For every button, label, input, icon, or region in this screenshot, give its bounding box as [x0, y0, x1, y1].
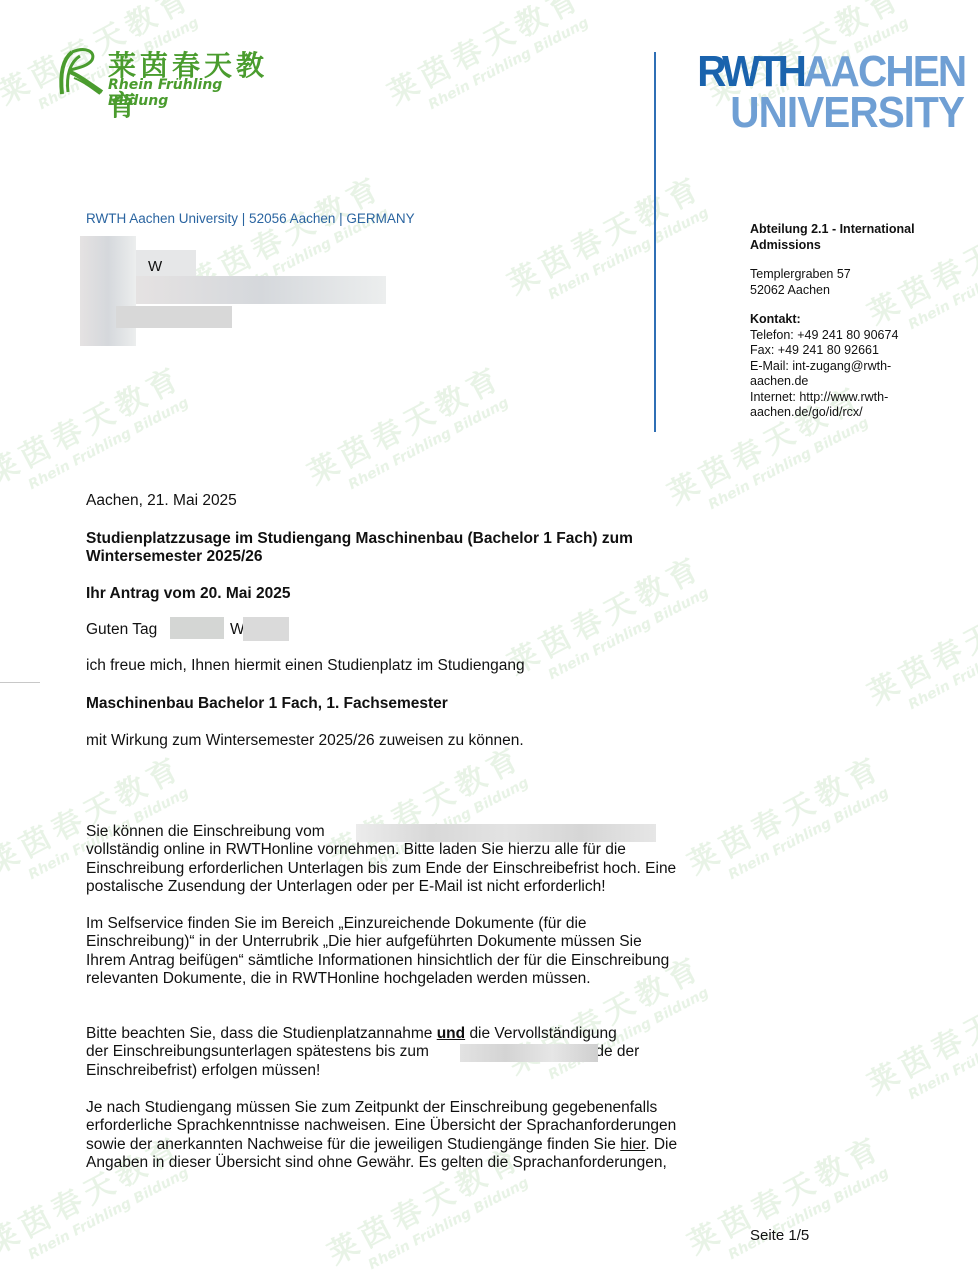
- watermark: 莱茵春天教育Rhein Frühling Bildung: [299, 353, 518, 507]
- paragraph-deadline: Bitte beachten Sie, dass die Studienplat…: [86, 1025, 736, 1080]
- email-cont: aachen.de: [750, 374, 808, 388]
- greeting-text: Guten Tag: [86, 621, 157, 638]
- text-line: Ihrem Antrag beifügen“ sämtliche Informa…: [86, 952, 669, 969]
- redaction-block: [460, 1044, 598, 1062]
- agency-logo: 莱茵春天教育 Rhein Frühling Bildung: [56, 44, 286, 100]
- redaction-block: [80, 236, 136, 346]
- intro-text: ich freue mich, Ihnen hiermit einen Stud…: [86, 657, 736, 675]
- paragraph-selfservice: Im Selfservice finden Sie im Bereich „Ei…: [86, 915, 736, 988]
- website-cont: aachen.de/go/id/rcx/: [750, 405, 863, 419]
- fax: Fax: +49 241 80 92661: [750, 343, 879, 357]
- text-line: erforderliche Sprachkenntnisse nachweise…: [86, 1117, 676, 1134]
- language-requirements-link[interactable]: hier: [620, 1136, 645, 1153]
- text-line: . Die: [645, 1136, 677, 1153]
- text-line: sowie der anerkannten Nachweise für die …: [86, 1136, 616, 1153]
- text-line: Einschreibefrist) erfolgen müssen!: [86, 1062, 320, 1079]
- letter-reference: Ihr Antrag vom 20. Mai 2025: [86, 585, 736, 603]
- phone: Telefon: +49 241 80 90674: [750, 328, 898, 342]
- text-line: Einschreibung erforderlichen Unterlagen …: [86, 860, 676, 877]
- subject-line: Wintersemester 2025/26: [86, 548, 263, 565]
- text-line: die Vervollständigung: [469, 1025, 616, 1042]
- page-number: Seite 1/5: [750, 1227, 809, 1244]
- watermark: 莱茵春天教育Rhein Frühling Bildung: [0, 353, 197, 507]
- agency-logo-en: Rhein Frühling Bildung: [108, 77, 286, 109]
- agency-logo-mark-icon: [56, 46, 104, 96]
- paragraph-language: Je nach Studiengang müssen Sie zum Zeitp…: [86, 1099, 736, 1172]
- redaction-block: [170, 617, 224, 639]
- street: Templergraben 57: [750, 267, 851, 281]
- text-line: Sie können die Einschreibung vom: [86, 823, 325, 840]
- effect-text: mit Wirkung zum Wintersemester 2025/26 z…: [86, 732, 736, 750]
- recipient-initial: W: [148, 258, 162, 275]
- redaction-block: [243, 617, 289, 641]
- redaction-block: [136, 276, 386, 304]
- city: 52062 Aachen: [750, 283, 830, 297]
- rwth-logo: RWTHAACHEN UNIVERSITY: [674, 52, 964, 134]
- header-divider: [654, 52, 656, 432]
- letter-subject: Studienplatzzusage im Studiengang Maschi…: [86, 530, 736, 567]
- watermark: 莱茵春天教育Rhein Frühling Bildung: [499, 163, 718, 317]
- letter-date: Aachen, 21. Mai 2025: [86, 492, 736, 510]
- redaction-block: [116, 306, 232, 328]
- text-line: Angaben in dieser Übersicht sind ohne Ge…: [86, 1154, 667, 1171]
- rwth-logo-university: UNIVERSITY: [697, 92, 964, 134]
- sender-return-address: RWTH Aachen University | 52056 Aachen | …: [86, 211, 415, 226]
- emphasis-und: und: [437, 1025, 465, 1042]
- subject-line: Studienplatzzusage im Studiengang Maschi…: [86, 530, 633, 547]
- watermark: 莱茵春天教育Rhein Frühling Bildung: [379, 0, 598, 127]
- fold-mark: [0, 682, 40, 683]
- text-line: Bitte beachten Sie, dass die Studienplat…: [86, 1025, 432, 1042]
- redaction-block: [356, 824, 656, 842]
- watermark: 莱茵春天教育Rhein Frühling Bildung: [859, 573, 978, 727]
- website: Internet: http://www.rwth-: [750, 390, 888, 404]
- text-line: der Einschreibungsunterlagen spätestens …: [86, 1043, 429, 1060]
- program-name: Maschinenbau Bachelor 1 Fach, 1. Fachsem…: [86, 695, 736, 713]
- department-name: Abteilung 2.1 - International Admissions: [750, 222, 950, 253]
- text-line: relevanten Dokumente, die in RWTHonline …: [86, 970, 591, 987]
- text-line: Einschreibung)“ in der Unterrubrik „Die …: [86, 933, 642, 950]
- text-line: Im Selfservice finden Sie im Bereich „Ei…: [86, 915, 587, 932]
- contact-label: Kontakt:: [750, 312, 801, 326]
- text-line: Je nach Studiengang müssen Sie zum Zeitp…: [86, 1099, 657, 1116]
- watermark: 莱茵春天教育Rhein Frühling Bildung: [859, 963, 978, 1117]
- text-line: postalische Zusendung der Unterlagen ode…: [86, 878, 606, 895]
- email: E-Mail: int-zugang@rwth-: [750, 359, 891, 373]
- text-line: vollständig online in RWTHonline vornehm…: [86, 841, 626, 858]
- sender-info-panel: Abteilung 2.1 - International Admissions…: [750, 222, 950, 421]
